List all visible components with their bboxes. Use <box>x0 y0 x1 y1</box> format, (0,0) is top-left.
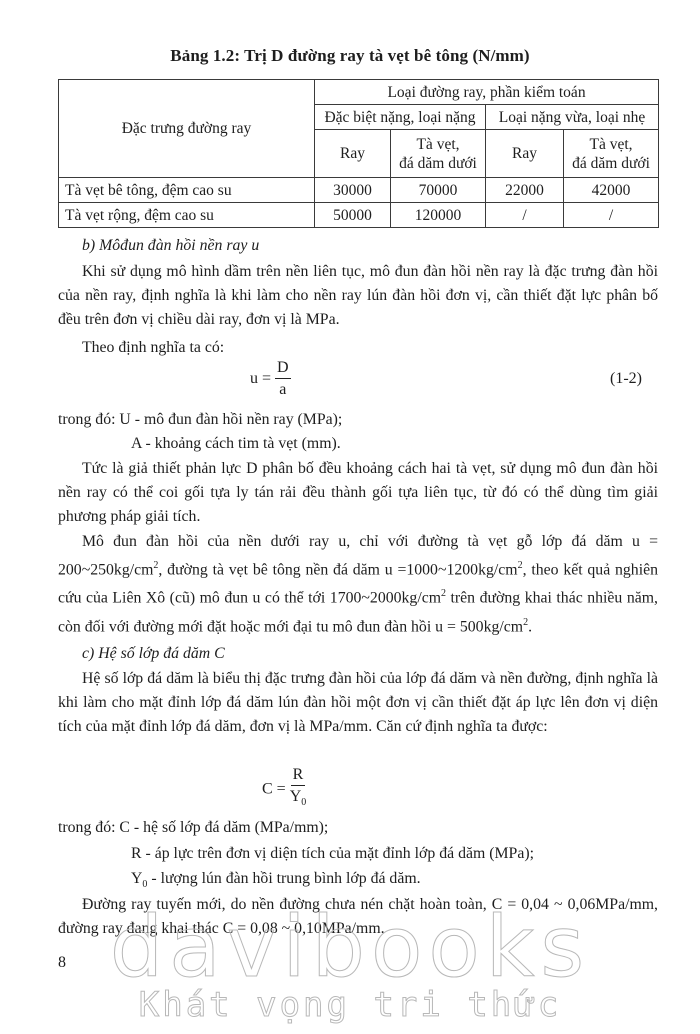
formula-denominator: Y0 <box>290 786 307 814</box>
table-cell: 22000 <box>486 178 564 203</box>
where-line-2: A - khoảng cách tim tà vẹt (mm). <box>131 432 341 456</box>
column-header: Ray <box>315 130 391 178</box>
formula-denominator: a <box>279 379 286 401</box>
table-row: Tà vẹt rộng, đệm cao su 50000 120000 / / <box>59 203 659 228</box>
table-cell: 42000 <box>564 178 659 203</box>
where-line-c2: R - áp lực trên đơn vị diện tích của mặt… <box>131 842 534 866</box>
where-line-c1: trong đó: C - hệ số lớp đá dăm (MPa/mm); <box>58 816 328 840</box>
column-header: Tà vẹt,đá dăm dưới <box>391 130 486 178</box>
table-cell: / <box>486 203 564 228</box>
table-cell: 30000 <box>315 178 391 203</box>
formula-lhs: C = <box>262 780 286 797</box>
formula-lhs: u = <box>250 370 271 387</box>
formula-1-2: u = D a <box>250 358 291 401</box>
section-b-paragraph-3: Tức là giả thiết phản lực D phân bố đều … <box>58 457 658 529</box>
formula-numerator: D <box>275 358 291 379</box>
section-c-heading: c) Hệ số lớp đá dăm C <box>82 642 225 666</box>
table-cell: 50000 <box>315 203 391 228</box>
rail-d-value-table: Đặc trưng đường ray Loại đường ray, phần… <box>58 79 659 228</box>
section-b-paragraph-4: Mô đun đàn hồi của nền dưới ray u, chỉ v… <box>58 530 658 639</box>
section-c-paragraph-1: Hệ số lớp đá dăm là biểu thị đặc trưng đ… <box>58 667 658 739</box>
row-label: Tà vẹt rộng, đệm cao su <box>59 203 315 228</box>
table-title: Bảng 1.2: Trị D đường ray tà vẹt bê tông… <box>0 46 700 66</box>
table-cell: 70000 <box>391 178 486 203</box>
row-label: Tà vẹt bê tông, đệm cao su <box>59 178 315 203</box>
row-header-cell: Đặc trưng đường ray <box>59 80 315 178</box>
page-number: 8 <box>58 954 66 972</box>
section-b-heading: b) Môđun đàn hồi nền ray u <box>82 234 259 258</box>
watermark-brand: davibooks <box>0 898 700 996</box>
where-line-1: trong đó: U - mô đun đàn hồi nền ray (MP… <box>58 408 342 432</box>
table-cell: / <box>564 203 659 228</box>
column-header: Tà vẹt,đá dăm dưới <box>564 130 659 178</box>
section-b-paragraph-1: Khi sử dụng mô hình dầm trên nền liên tụ… <box>58 260 658 332</box>
table-row: Tà vẹt bê tông, đệm cao su 30000 70000 2… <box>59 178 659 203</box>
table-cell: 120000 <box>391 203 486 228</box>
group-header-cell: Loại đường ray, phần kiểm toán <box>315 80 659 105</box>
formula-c: C = R Y0 <box>262 765 306 814</box>
subgroup-header-light: Loại nặng vừa, loại nhẹ <box>486 105 659 130</box>
column-header: Ray <box>486 130 564 178</box>
equation-number: (1-2) <box>610 370 642 388</box>
watermark-slogan: Khát vọng tri thức <box>0 985 700 1025</box>
formula-numerator: R <box>291 765 306 786</box>
subgroup-header-heavy: Đặc biệt nặng, loại nặng <box>315 105 486 130</box>
section-b-paragraph-2: Theo định nghĩa ta có: <box>82 336 224 360</box>
